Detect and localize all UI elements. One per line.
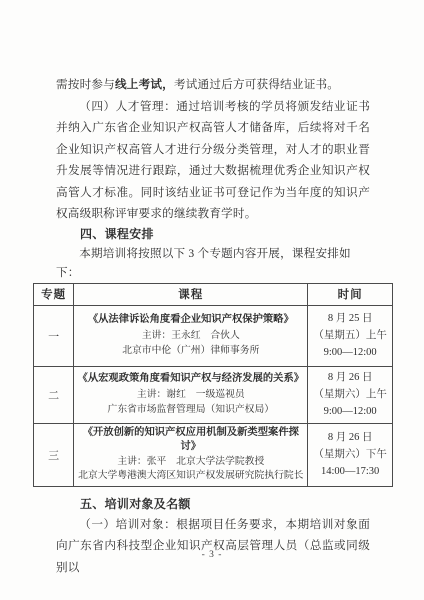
course-affiliation: 北京市中伦（广州）律师事务所 <box>76 343 305 359</box>
course-schedule-table: 专题 课程 时间 一 《从法律诉讼角度看企业知识产权保护策略》 主讲：王永红 合… <box>33 283 393 487</box>
course-affiliation: 北京大学粤港澳大湾区知识产权发展研究院执行院长 <box>76 469 305 484</box>
course-info: 《开放创新的知识产权应用机制及新类型案件探讨》 主讲：张平 北京大学法学院教授 … <box>74 423 308 486</box>
header-topic: 专题 <box>34 283 74 305</box>
page-content: 需按时参与线上考试，考试通过后方可获得结业证书。 （四）人才管理：通过培训考核的… <box>56 74 370 578</box>
section-heading-trainees: 五、培训对象及名额 <box>56 494 370 514</box>
course-row-3: 三 《开放创新的知识产权应用机制及新类型案件探讨》 主讲：张平 北京大学法学院教… <box>34 423 393 486</box>
time-day-period: （星期六）上午 <box>310 386 390 403</box>
time-hours: 9:00—12:00 <box>310 344 390 361</box>
section-heading-course-schedule: 四、课程安排 <box>56 225 370 244</box>
section-trainees: 五、培训对象及名额 （一）培训对象：根据项目任务要求，本期培训对象面向广东省内科… <box>56 494 370 579</box>
paragraph-exam: 需按时参与线上考试，考试通过后方可获得结业证书。 <box>56 74 370 96</box>
exam-text-pre: 需按时参与 <box>56 78 115 91</box>
topic-number: 三 <box>34 423 74 486</box>
course-speaker: 主讲：张平 北京大学法学院教授 <box>76 455 305 470</box>
page-number: - 3 - <box>0 550 424 560</box>
course-row-2: 二 《从宏观政策角度看知识产权与经济发展的关系》 主讲：谢红 一级巡视员 广东省… <box>34 366 393 423</box>
course-title: 《从法律诉讼角度看企业知识产权保护策略》 <box>76 312 305 328</box>
time-day-period: （星期六）下午 <box>310 446 390 463</box>
time-date: 8 月 26 日 <box>310 429 390 446</box>
course-title: 《开放创新的知识产权应用机制及新类型案件探讨》 <box>76 426 305 455</box>
time-date: 8 月 26 日 <box>310 369 390 386</box>
course-row-1: 一 《从法律诉讼角度看企业知识产权保护策略》 主讲：王永红 合伙人 北京市中伦（… <box>34 305 393 366</box>
course-info: 《从法律诉讼角度看企业知识产权保护策略》 主讲：王永红 合伙人 北京市中伦（广州… <box>74 305 308 366</box>
paragraph-talent-management: （四）人才管理：通过培训考核的学员将颁发结业证书并纳入广东省企业知识产权高管人才… <box>56 96 370 225</box>
table-header-row: 专题 课程 时间 <box>34 283 393 305</box>
exam-text-bold: 线上考试， <box>115 78 174 91</box>
course-time: 8 月 26 日 （星期六）下午 14:00—17:30 <box>308 423 393 486</box>
course-speaker: 主讲：王永红 合伙人 <box>76 328 305 344</box>
document-page: 需按时参与线上考试，考试通过后方可获得结业证书。 （四）人才管理：通过培训考核的… <box>0 0 424 600</box>
course-speaker: 主讲：谢红 一级巡视员 <box>76 387 305 403</box>
course-info: 《从宏观政策角度看知识产权与经济发展的关系》 主讲：谢红 一级巡视员 广东省市场… <box>74 366 308 423</box>
header-time: 时间 <box>308 283 393 305</box>
time-day-period: （星期五）上午 <box>310 327 390 344</box>
course-time: 8 月 26 日 （星期六）上午 9:00—12:00 <box>308 366 393 423</box>
topic-number: 一 <box>34 305 74 366</box>
course-title: 《从宏观政策角度看知识产权与经济发展的关系》 <box>76 371 305 387</box>
time-hours: 14:00—17:30 <box>310 463 390 480</box>
header-course: 课程 <box>74 283 308 305</box>
course-schedule-intro: 本期培训将按照以下 3 个专题内容开展，课程安排如下： <box>56 244 370 282</box>
time-date: 8 月 25 日 <box>310 310 390 327</box>
course-affiliation: 广东省市场监督管理局（知识产权局） <box>76 402 305 418</box>
time-hours: 9:00—12:00 <box>310 403 390 420</box>
course-time: 8 月 25 日 （星期五）上午 9:00—12:00 <box>308 305 393 366</box>
topic-number: 二 <box>34 366 74 423</box>
exam-text-post: 考试通过后方可获得结业证书。 <box>174 78 339 91</box>
paragraph-trainees: （一）培训对象：根据项目任务要求，本期培训对象面向广东省内科技型企业知识产权高层… <box>56 514 370 579</box>
